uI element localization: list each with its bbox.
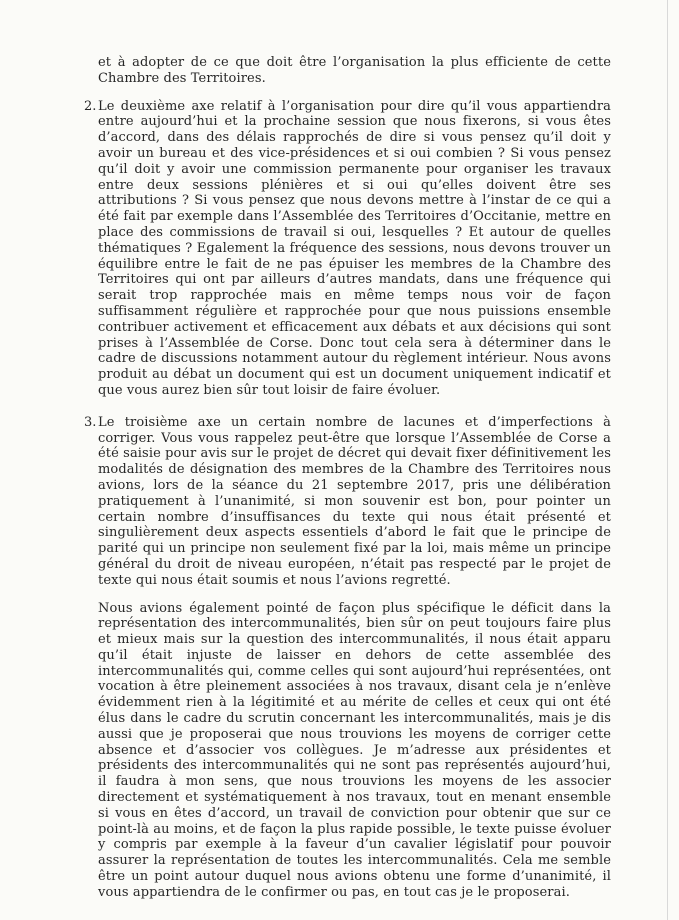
paragraph-text: Nous avions également pointé de façon pl…	[98, 601, 611, 901]
list-number-placeholder	[84, 55, 98, 87]
paragraph-group: et à adopter de ce que doit être l’organ…	[98, 55, 611, 87]
page-edge-line	[667, 0, 668, 920]
paragraph-text: et à adopter de ce que doit être l’organ…	[98, 55, 611, 87]
scanned-document-page: et à adopter de ce que doit être l’organ…	[0, 0, 679, 920]
document-text-column: et à adopter de ce que doit être l’organ…	[84, 55, 611, 917]
paragraph-group: Le deuxième axe relatif à l’organisation…	[98, 99, 611, 399]
list-item-number: 3.	[84, 415, 98, 901]
paragraph-block-continuation: et à adopter de ce que doit être l’organ…	[84, 55, 611, 87]
paragraph-text: Le deuxième axe relatif à l’organisation…	[98, 99, 611, 399]
list-item-2: 2. Le deuxième axe relatif à l’organisat…	[84, 99, 611, 399]
paragraph-text: Le troisième axe un certain nombre de la…	[98, 415, 611, 589]
list-item-number: 2.	[84, 99, 98, 399]
list-item-3: 3. Le troisième axe un certain nombre de…	[84, 415, 611, 901]
paragraph-group: Le troisième axe un certain nombre de la…	[98, 415, 611, 901]
